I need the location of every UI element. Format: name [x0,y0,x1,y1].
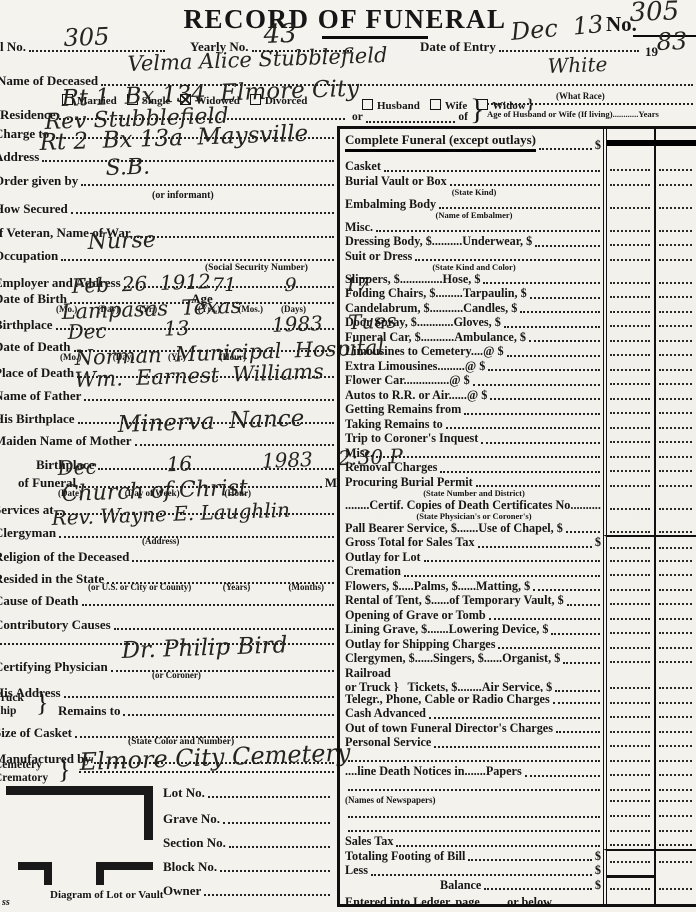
money-columns [603,315,696,330]
owner-line [204,893,330,896]
charge-item-subcaption: (State Physician's or Coroner's) [416,512,531,521]
money-dotted-line [659,774,692,776]
money-dotted-line [659,760,692,762]
money-dotted-line [659,687,692,689]
scan-edge-artifact: ss [2,897,10,908]
cause-of-death-line [82,603,335,606]
dollars-cell [607,706,656,721]
money-columns [603,446,696,461]
dollars-cell [607,622,656,637]
dollars-cell [607,637,656,652]
charge-row-42: (Names of Newspapers) [340,793,696,805]
money-dotted-line [610,282,650,284]
money-dotted-line [659,184,692,186]
cents-cell [656,764,696,779]
grave-no-field: Grave No. [163,812,333,827]
cents-cell [656,706,696,721]
dollar-sign: $ [595,138,603,152]
money-dotted-line [659,169,692,171]
charge-item-label: Telegr., Phone, Cable or Radio Charges [345,692,550,706]
money-columns [603,637,696,652]
dollars-cell [607,692,656,707]
charge-dotted-leader [450,183,600,186]
ship-brace: } [36,690,48,716]
dollars-cell [607,537,656,550]
father-value: Wm. Earnest Williams [74,361,324,391]
charge-dotted-leader [439,206,600,209]
dollar-sign: $ [595,878,603,892]
money-columns [603,820,696,835]
dollars-cell [607,735,656,750]
charge-item-label: Balance [440,878,481,892]
money-columns [603,197,696,220]
money-dotted-line [610,687,650,689]
occupation-field: Occupation [0,249,337,264]
cause-of-death-field: Cause of Death [0,594,337,609]
charge-dotted-leader [525,774,600,777]
clergyman-value: Rev. Wayne E. Laughlin [51,500,290,528]
money-columns [603,878,696,893]
charge-item-label: Less [345,863,368,877]
charge-dotted-leader [415,258,600,261]
charge-dotted-leader [489,617,600,620]
charge-item-label: Misc. [345,220,373,234]
cents-cell [656,820,696,835]
money-dotted-line [610,169,650,171]
charge-row-21: Removal Charges [340,460,696,475]
cents-cell [656,863,696,878]
dollars-cell [607,750,656,765]
charge-item-label: Candelabrum, $...........Candles, $ [345,301,517,315]
charge-item-label: Limousines to Cemetery....@ $ [345,344,504,358]
charge-item-label: Clergymen, $......Singers, $......Organi… [345,651,560,665]
block-no-label: Block No. [163,860,217,875]
clergyman-address-caption: (Address) [142,537,179,546]
coroner-caption: (or Coroner) [152,671,201,680]
money-columns [603,431,696,446]
money-dotted-line [610,296,650,298]
dollars-cell [607,330,656,345]
cents-cell [656,286,696,301]
money-columns [603,666,696,692]
remains-to-label: Remains to [58,704,120,719]
cents-cell [656,666,696,692]
charges-box: Complete Funeral (except outlays)$Casket… [337,126,696,907]
charge-item-label: Suit or Dress [345,249,412,263]
charge-item-label: Pall Bearer Service, $.......Use of Chap… [345,521,563,535]
charge-row-14: Extra Limousines.........@ $ [340,359,696,374]
dollars-cell [607,498,656,521]
spouse-checkbox-husband [362,99,373,110]
money-dotted-line [610,574,650,576]
money-dotted-line [610,560,650,562]
contributory-line [114,627,334,630]
owner-field: Owner [163,884,333,899]
mother-value: Minerva Nance [117,407,304,437]
money-dotted-line [659,340,692,342]
dollars-cell [607,779,656,794]
section-no-line [229,845,330,848]
charge-row-30: Opening of Grave or Tomb [340,608,696,623]
charge-dotted-leader [481,441,600,444]
money-columns [603,388,696,403]
occupation-line [61,258,334,261]
charge-row-46: Totaling Footing of Bill$ [340,849,696,864]
date-of-entry-label: Date of Entry [420,40,496,55]
money-dotted-line [610,774,650,776]
his-birthplace-label: His Birthplace [0,412,75,427]
charge-item-label: Misc. [345,446,373,460]
charge-dotted-leader [488,368,600,371]
dollars-cell [607,460,656,475]
money-dotted-line [659,383,692,385]
dollars-cell [607,651,656,666]
dollars-cell [607,666,656,692]
charge-row-49: Entered into Ledger, page.........or bel… [340,892,696,907]
charge-row-24: Pall Bearer Service, $.......Use of Chap… [340,521,696,536]
clergyman-line [59,535,334,538]
page-title: RECORD OF FUNERAL [160,4,530,35]
charge-item-label: Railroad or Truck } Tickets, $........Ai… [345,666,552,692]
remains-to-line [123,713,334,716]
money-columns [603,129,696,159]
cemetery-value: Elmore City Cemetery [79,741,351,774]
charge-item-label: Embalming Body [345,197,436,211]
charge-row-15: Flower Car...............@ $ [340,373,696,388]
money-columns [603,863,696,878]
money-dotted-line [659,618,692,620]
money-dotted-line [610,412,650,414]
money-columns [603,892,696,907]
charge-row-19: Trip to Coroner's Inquest [340,431,696,446]
charge-row-2: Casket [340,159,696,174]
money-columns [603,417,696,432]
charge-item-label: Rental of Tent, $......of Temporary Vaul… [345,593,564,607]
dollars-cell [607,878,656,893]
dollars-cell [607,286,656,301]
money-dotted-line [610,844,650,846]
age-caption: Age of Husband or Wife (If living)......… [487,110,659,119]
money-dotted-line [659,632,692,634]
cents-cell [656,537,696,550]
charge-row-7: Suit or Dress(State Kind and Color) [340,249,696,272]
cents-cell [656,735,696,750]
money-columns [603,234,696,249]
veteran-field: If Veteran, Name of War [0,226,337,241]
money-dotted-line [659,830,692,832]
physician-line [111,669,334,672]
diagram-caption: Diagram of Lot or Vault [50,890,163,903]
charge-row-35: Telegr., Phone, Cable or Radio Charges [340,692,696,707]
charge-item-label: Funeral Car, $...........Ambulance, $ [345,330,526,344]
cents-cell [656,721,696,736]
charge-item-label: Outlay for Shipping Charges [345,637,495,651]
charge-dotted-leader [520,310,600,313]
money-columns [603,373,696,388]
charge-dotted-leader [535,244,600,247]
charge-item-label: ....line Death Notices in.......Papers [345,764,522,778]
money-dotted-line [610,603,650,605]
money-dotted-line [659,661,692,663]
spouse-or-label: or [352,112,363,126]
physician-label: Certifying Physician [0,660,108,675]
dollars-cell [607,174,656,197]
money-dotted-line [610,470,650,472]
how-secured-line [71,211,334,214]
cents-cell [656,359,696,374]
dollars-cell [607,197,656,220]
cents-cell [656,851,696,864]
race-caption: (What Race) [556,92,605,101]
cause-of-death-label: Cause of Death [0,594,79,609]
cents-cell [656,460,696,475]
money-columns [603,359,696,374]
money-columns [603,475,696,498]
charge-item-label: Slippers, $..............Hose, $ [345,272,480,286]
money-columns [603,535,696,550]
dollars-cell [607,359,656,374]
charge-dotted-leader [348,829,600,832]
dollars-cell [607,159,656,174]
dollars-cell [607,272,656,287]
cents-cell [656,174,696,197]
charge-item-subcaption: (State Kind and Color) [432,263,515,272]
money-dotted-line [659,745,692,747]
charge-row-9: Folding Chairs, $.........Tarpaulin, $ [340,286,696,301]
cents-cell [656,388,696,403]
charge-row-4: Embalming Body(Name of Embalmer) [340,197,696,220]
spouse-of-line [366,120,456,123]
money-columns [603,460,696,475]
money-columns [603,651,696,666]
money-dotted-line [659,888,692,890]
money-dotted-line [610,508,650,510]
charge-dotted-leader [563,661,600,664]
money-dotted-line [659,647,692,649]
cents-cell [656,878,696,893]
money-dotted-line [610,745,650,747]
religion-line [132,559,334,562]
place-of-death-label: Place of Death [0,366,74,381]
charge-row-5: Misc. [340,220,696,235]
cents-cell [656,892,696,907]
money-dotted-line [659,244,692,246]
charge-dotted-leader [533,588,600,591]
charge-row-36: Cash Advanced [340,706,696,721]
dollars-cell [607,373,656,388]
charge-dotted-leader [429,716,600,719]
money-columns [603,793,696,805]
dollars-cell [607,417,656,432]
cents-cell [656,498,696,521]
dollars-cell [607,521,656,536]
money-dotted-line [659,282,692,284]
cents-cell [656,431,696,446]
charge-item-label: Outlay for Lot [345,550,421,564]
money-columns [603,735,696,750]
dollars-cell [607,344,656,359]
charge-row-48: Balance$ [340,878,696,893]
money-columns [603,344,696,359]
money-dotted-line [659,560,692,562]
ssn-caption: (Social Security Number) [205,264,308,274]
charge-dotted-leader [348,759,600,762]
cents-cell [656,197,696,220]
charge-row-8: Slippers, $..............Hose, $ [340,272,696,287]
dollars-cell [607,593,656,608]
mother-label: Maiden Name of Mother [0,434,132,449]
charge-item-label: Dressing Body, $..........Underwear, $ [345,234,532,248]
cents-cell [656,651,696,666]
charge-row-27: Cremation [340,564,696,579]
charge-item-label: Opening of Grave or Tomb [345,608,486,622]
occupation-value: Nurse [87,230,156,254]
cents-cell [656,402,696,417]
spouse-label-husband: Husband [377,100,420,112]
charge-dotted-leader [476,484,600,487]
cemetery-line2: Crematory [0,773,48,787]
money-dotted-line [659,427,692,429]
charge-row-25: Gross Total for Sales Tax$ [340,535,696,550]
money-columns [603,159,696,174]
money-dotted-line [610,716,650,718]
money-dotted-line [610,207,650,209]
money-columns [603,174,696,197]
charge-dotted-leader [507,354,600,357]
money-columns [603,521,696,536]
charge-dotted-leader [384,169,600,172]
money-dotted-line [610,760,650,762]
charge-row-28: Flowers, $.....Palms, $......Matting, $ [340,579,696,594]
his-address-field: His Address [0,686,337,701]
cents-cell [656,692,696,707]
dollars-cell [607,834,656,849]
section-no-label: Section No. [163,836,226,851]
money-dotted-line [610,244,650,246]
charge-item-label: Flower Car...............@ $ [345,373,470,387]
charge-item-label: Complete Funeral (except outlays) [345,133,536,152]
money-columns [603,721,696,736]
age-answer-line [487,102,693,105]
charge-item-label: Removal Charges [345,460,437,474]
charge-row-3: Burial Vault or Box(State Kind) [340,174,696,197]
charge-dotted-leader [484,887,592,890]
money-dotted-line [659,398,692,400]
charge-item-label: Folding Chairs, $.........Tarpaulin, $ [345,286,527,300]
charge-item-subcaption: (State Kind) [452,188,497,197]
block-no-field: Block No. [163,860,333,875]
birthplace-label: Birthplace [0,318,53,333]
money-dotted-line [610,383,650,385]
charge-dotted-leader [446,426,600,429]
cents-cell [656,475,696,498]
charge-dotted-leader [464,412,600,415]
money-dotted-line [659,441,692,443]
dollars-cell [607,550,656,565]
dollars-cell [607,608,656,623]
money-dotted-line [610,441,650,443]
charge-dotted-leader [490,397,600,400]
charge-item-label: Getting Remains from [345,402,461,416]
his-address-line [64,695,334,698]
charge-row-6: Dressing Body, $..........Underwear, $ [340,234,696,249]
money-dotted-line [659,311,692,313]
veteran-line [134,235,334,238]
charge-dotted-leader [567,603,600,606]
dob-value: Feb 26 1912 [71,271,211,296]
charge-dotted-leader [404,574,600,577]
money-columns [603,579,696,594]
resided-caption: (or U.S. or City or County) (Years) (Mon… [88,583,324,592]
charge-item-subcaption: (Name of Embalmer) [436,211,513,220]
how-secured-label: How Secured [0,202,68,217]
charge-item-label: Procuring Burial Permit [345,475,473,489]
dollar-sign: $ [595,863,603,877]
money-dotted-line [610,340,650,342]
money-dotted-line [659,259,692,261]
charge-dotted-leader [498,646,600,649]
dollars-cell [607,764,656,779]
charge-row-22: Procuring Burial Permit(State Number and… [340,475,696,498]
money-dotted-line [610,830,650,832]
money-dotted-line [610,531,650,533]
dollars-cell [607,220,656,235]
dollar-sign: $ [595,535,603,549]
money-dotted-line [610,632,650,634]
title-underline [322,36,428,39]
remains-to-field: Remains to [58,704,337,719]
charge-row-12: Funeral Car, $...........Ambulance, $ [340,330,696,345]
money-dotted-line [659,716,692,718]
dollars-cell [607,579,656,594]
cents-cell [656,550,696,565]
money-dotted-line [610,661,650,663]
charge-row-34: Railroad or Truck } Tickets, $........Ai… [340,666,696,692]
cents-cell [656,417,696,432]
money-columns [603,286,696,301]
money-dotted-line [610,398,650,400]
money-dotted-line [610,888,650,890]
charge-dotted-leader [376,455,600,458]
money-columns [603,608,696,623]
cents-cell [656,159,696,174]
dollars-cell [607,892,656,907]
cents-cell [656,446,696,461]
money-columns [603,692,696,707]
money-dotted-line [659,412,692,414]
charge-dotted-leader [553,701,600,704]
father-field: Name of Father [0,389,337,404]
money-columns [603,622,696,637]
charge-dotted-leader [566,530,600,533]
charge-dotted-leader [504,325,600,328]
charge-item-label: Casket [345,159,381,173]
section-no-field: Section No. [163,836,333,851]
money-dotted-line [610,731,650,733]
dollars-cell [607,820,656,835]
year-value-handwritten: 83 [656,29,687,54]
address-label: Address [0,150,39,165]
cents-cell [656,330,696,345]
money-dotted-line [659,369,692,371]
charge-row-13: Limousines to Cemetery....@ $ [340,344,696,359]
charge-dotted-leader [348,788,600,791]
dollars-cell [607,388,656,403]
money-dotted-line [610,456,650,458]
charge-item-label: Cash Advanced [345,706,426,720]
charge-item-label: Autos to R.R. or Air......@ $ [345,388,487,402]
money-columns [603,764,696,779]
